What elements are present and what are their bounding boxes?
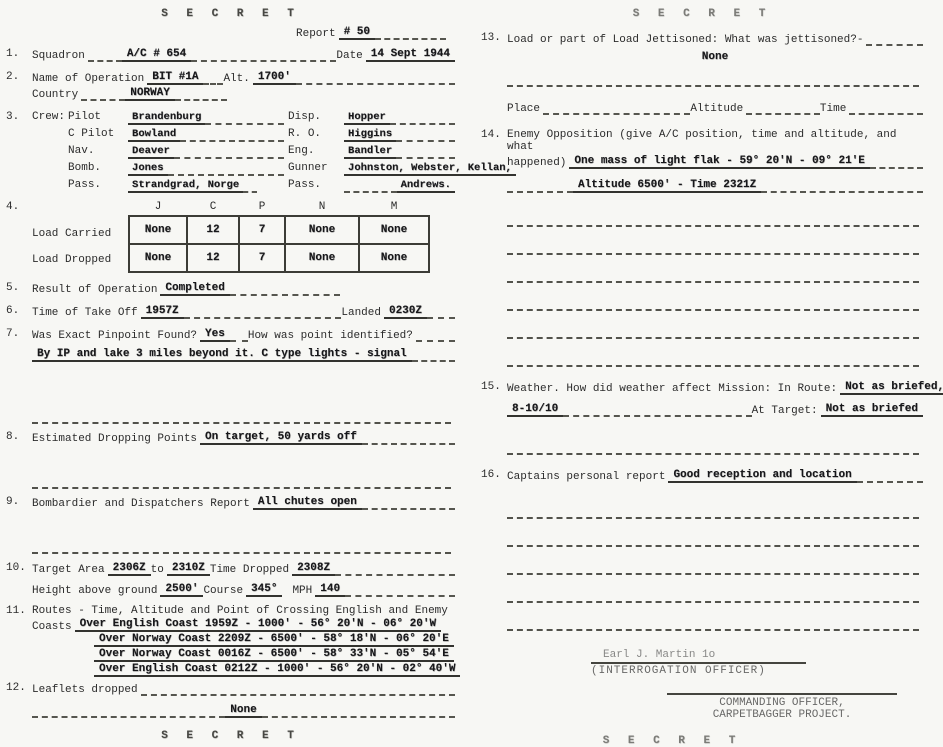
- crew-name-cell: Jones: [128, 162, 284, 176]
- item-13-jettisoned: 13. Load or part of Load Jettisoned: Wha…: [481, 32, 923, 115]
- course-value: 345°: [246, 583, 282, 597]
- crew-name-cell: Deaver: [128, 145, 284, 159]
- blank-fill: [180, 128, 284, 142]
- signature-line: [591, 662, 806, 664]
- item-number: 13.: [481, 32, 507, 44]
- blank-line: [507, 65, 919, 87]
- blank-line: [507, 553, 919, 575]
- load-cell: None: [129, 244, 187, 272]
- country-value: NORWAY: [125, 87, 175, 101]
- crew-label: Crew:: [32, 111, 68, 123]
- load-dropped-row: None 12 7 None None: [129, 244, 429, 272]
- crew-role: Pass.: [68, 179, 124, 193]
- blank-fill: [335, 562, 455, 576]
- item-number: 8.: [6, 431, 32, 443]
- blank-line: [507, 205, 919, 227]
- weather-enroute-value: Not as briefed,: [840, 381, 943, 395]
- blank-fill: [230, 282, 340, 296]
- load-cell: None: [285, 244, 359, 272]
- landed-label: Landed: [341, 307, 384, 319]
- height-label: Height above ground: [32, 585, 160, 597]
- crew-name: Hopper: [344, 111, 390, 125]
- blank-line: [507, 497, 919, 519]
- interrogation-officer-signature: Earl J. Martin 1o (INTERROGATION OFFICER…: [591, 649, 806, 677]
- blank-fill: [203, 71, 223, 85]
- item-number: 12.: [6, 682, 32, 694]
- place-label: Place: [507, 103, 543, 115]
- blank-line: [32, 402, 451, 424]
- landed-value: 0230Z: [384, 305, 427, 319]
- captains-report-value: Good reception and location: [668, 469, 856, 483]
- target-area-from: 2306Z: [108, 562, 151, 576]
- route-entry: Over Norway Coast 2209Z - 6500' - 58° 18…: [94, 633, 454, 647]
- blank-fill: [243, 179, 257, 193]
- operation-label: Name of Operation: [32, 73, 147, 85]
- crew-name: Deaver: [128, 145, 174, 159]
- classification-bottom-right: S E C R E T: [481, 735, 863, 747]
- item-9-bombardier-report: 9. Bombardier and Dispatchers Report All…: [6, 496, 455, 510]
- altitude-label: Altitude: [690, 103, 746, 115]
- blank-fill: [396, 145, 455, 159]
- crew-role: C Pilot: [68, 128, 124, 142]
- item-12-leaflets: 12. Leaflets dropped: [6, 682, 455, 696]
- load-cell: None: [285, 216, 359, 244]
- signature-line: [667, 693, 897, 695]
- item-number: 3.: [6, 111, 32, 123]
- route-entry: Over Norway Coast 0016Z - 6500' - 58° 33…: [94, 648, 454, 662]
- pinpoint-question: Was Exact Pinpoint Found?: [32, 330, 200, 342]
- crew-name: Higgins: [344, 128, 396, 142]
- aircraft-number-value: A/C # 654: [122, 48, 191, 62]
- at-target-label: At Target:: [752, 405, 821, 417]
- target-area-label: Target Area: [32, 564, 108, 576]
- route-entry: Over English Coast 1959Z - 1000' - 56° 2…: [75, 618, 441, 632]
- load-carried-label: Load Carried: [32, 221, 128, 247]
- blank-fill: [141, 682, 455, 696]
- load-cell: 12: [187, 244, 239, 272]
- blank-fill: [412, 348, 455, 362]
- load-cell: 7: [239, 216, 285, 244]
- blank-fill: [345, 583, 455, 597]
- load-col-header: P: [239, 201, 285, 216]
- item-16-captains-report: 16. Captains personal report Good recept…: [481, 469, 923, 631]
- date-label: Date: [336, 50, 365, 62]
- blank-fill: [168, 162, 284, 176]
- blank-line: [507, 433, 919, 455]
- leaflets-value: None: [225, 704, 261, 718]
- crew-name-cell: Bowland: [128, 128, 284, 142]
- load-cell: 12: [187, 216, 239, 244]
- captains-report-label: Captains personal report: [507, 471, 668, 483]
- commanding-officer-title-line2: CARPETBAGGER PROJECT.: [667, 709, 897, 721]
- item-number: 7.: [6, 328, 32, 340]
- blank-fill: [870, 155, 923, 169]
- blank-fill: [296, 71, 455, 85]
- item-15-weather: 15. Weather. How did weather affect Miss…: [481, 381, 923, 455]
- dropping-points-label: Estimated Dropping Points: [32, 433, 200, 445]
- item-number: 5.: [6, 282, 32, 294]
- load-col-header: N: [285, 201, 359, 216]
- crew-name-cell: Strandgrad, Norge: [128, 179, 284, 193]
- item-8-dropping-points: 8. Estimated Dropping Points On target, …: [6, 431, 455, 445]
- item-6-takeoff: 6. Time of Take Off 1957Z Landed 0230Z: [6, 305, 455, 319]
- blank-fill: [262, 704, 455, 718]
- crew-name: Bandler: [344, 145, 396, 159]
- time-dropped-label: Time Dropped: [210, 564, 292, 576]
- blank-fill: [191, 48, 336, 62]
- mission-report-page-2: S E C R E T 13. Load or part of Load Jet…: [471, 0, 943, 720]
- item-14-enemy-opposition: 14. Enemy Opposition (give A/C position,…: [481, 129, 923, 367]
- mission-report-page-1: S E C R E T Report # 50 1. Squadron A/C …: [0, 0, 471, 720]
- item-number: 14.: [481, 129, 507, 141]
- load-row-labels: Load Carried Load Dropped: [32, 201, 128, 273]
- blank-fill: [174, 145, 284, 159]
- blank-fill: [390, 111, 455, 125]
- bombardier-report-label: Bombardier and Dispatchers Report: [32, 498, 253, 510]
- blank-fill: [344, 179, 397, 193]
- item-5-result: 5. Result of Operation Completed: [6, 282, 455, 296]
- commanding-officer-title-line1: COMMANDING OFFICER,: [667, 697, 897, 709]
- coasts-label: Coasts: [32, 621, 75, 633]
- altitude-value: 1700': [253, 71, 296, 85]
- load-dropped-label: Load Dropped: [32, 247, 128, 273]
- crew-name: Jones: [128, 162, 168, 176]
- item-2-operation: 2. Name of Operation BIT #1A Alt. 1700' …: [6, 71, 455, 101]
- crew-role: Eng.: [288, 145, 340, 159]
- blank-fill: [416, 328, 455, 342]
- course-label: Course: [203, 585, 246, 597]
- blank-fill: [563, 403, 751, 417]
- result-label: Result of Operation: [32, 284, 160, 296]
- height-value: 2500': [160, 583, 203, 597]
- classification-top-left: S E C R E T: [6, 8, 455, 20]
- interrogation-officer-name: Earl J. Martin 1o: [591, 649, 806, 661]
- identified-answer: By IP and lake 3 miles beyond it. C type…: [32, 348, 412, 362]
- bombardier-report-value: All chutes open: [253, 496, 362, 510]
- blank-fill: [396, 128, 455, 142]
- load-carried-row: None 12 7 None None: [129, 216, 429, 244]
- item-4-load: 4. Load Carried Load Dropped J C P N M: [6, 201, 455, 273]
- mph-label: MPH: [292, 585, 315, 597]
- load-col-header: J: [129, 201, 187, 216]
- blank-line: [507, 233, 919, 255]
- blank-fill: [175, 87, 227, 101]
- weather-target-value: Not as briefed: [821, 403, 923, 417]
- load-table: J C P N M None 12 7 None None: [128, 201, 430, 273]
- blank-line: [32, 532, 451, 554]
- load-cell: None: [129, 216, 187, 244]
- blank-line: [32, 467, 451, 489]
- blank-fill: [362, 496, 455, 510]
- blank-fill: [543, 101, 690, 115]
- result-value: Completed: [160, 282, 229, 296]
- blank-fill: [32, 704, 225, 718]
- mph-value: 140: [315, 583, 345, 597]
- item-number: 16.: [481, 469, 507, 481]
- interrogation-officer-title: (INTERROGATION OFFICER): [591, 665, 806, 677]
- crew-name: Bowland: [128, 128, 180, 142]
- blank-fill: [88, 48, 122, 62]
- crew-name-cell: Brandenburg: [128, 111, 284, 125]
- load-col-header: M: [359, 201, 429, 216]
- item-number: 2.: [6, 71, 32, 83]
- blank-line: [507, 261, 919, 283]
- altitude-label: Alt.: [223, 73, 252, 85]
- crew-role: Disp.: [288, 111, 340, 125]
- blank-line: [507, 609, 919, 631]
- blank-line: [507, 289, 919, 311]
- classification-bottom-left: S E C R E T: [6, 730, 455, 742]
- blank-fill: [866, 32, 923, 46]
- jettisoned-question: Load or part of Load Jettisoned: What wa…: [507, 34, 866, 46]
- opposition-label-line1: Enemy Opposition (give A/C position, tim…: [507, 129, 923, 153]
- blank-fill: [507, 179, 573, 193]
- routes-label-line1: Routes - Time, Altitude and Point of Cro…: [32, 605, 455, 617]
- blank-fill: [849, 101, 923, 115]
- crew-name-cell: Johnston, Webster, Kellan,: [344, 162, 455, 176]
- crew-name: Andrews.: [397, 179, 455, 193]
- crew-name-cell: Andrews.: [344, 179, 455, 193]
- load-col-header: C: [187, 201, 239, 216]
- takeoff-value: 1957Z: [141, 305, 184, 319]
- to-label: to: [151, 564, 167, 576]
- item-3-crew: 3. Crew: Pilot Brandenburg Disp. Hopper …: [6, 111, 455, 193]
- report-label: Report: [296, 28, 339, 40]
- blank-fill: [184, 305, 342, 319]
- blank-fill: [375, 26, 446, 40]
- classification-top-right: S E C R E T: [481, 8, 923, 20]
- blank-fill: [746, 101, 820, 115]
- dropping-points-value: On target, 50 yards off: [200, 431, 362, 445]
- squadron-label: Squadron: [32, 50, 88, 62]
- crew-role: Bomb.: [68, 162, 124, 176]
- crew-name: Strandgrad, Norge: [128, 179, 243, 193]
- item-7-pinpoint: 7. Was Exact Pinpoint Found? Yes How was…: [6, 328, 455, 362]
- blank-fill: [761, 179, 923, 193]
- blank-fill: [81, 87, 125, 101]
- report-number-row: Report # 50: [296, 26, 446, 40]
- load-table-header-row: J C P N M: [129, 201, 429, 216]
- pinpoint-answer: Yes: [200, 328, 230, 342]
- crew-name: Brandenburg: [128, 111, 205, 125]
- item-number: 4.: [6, 201, 32, 213]
- crew-name-cell: Higgins: [344, 128, 455, 142]
- route-entry: Over English Coast 0212Z - 1000' - 56° 2…: [94, 663, 460, 677]
- identified-question: How was point identified?: [248, 330, 416, 342]
- crew-role: Pass.: [288, 179, 340, 193]
- load-cell: None: [359, 216, 429, 244]
- jettisoned-value: None: [697, 51, 733, 63]
- blank-line: [507, 525, 919, 547]
- crew-role: R. O.: [288, 128, 340, 142]
- country-label: Country: [32, 89, 81, 101]
- blank-line: [507, 581, 919, 603]
- report-number-value: # 50: [339, 26, 375, 40]
- item-number: 10.: [6, 562, 32, 574]
- item-number: 1.: [6, 48, 32, 60]
- target-area-to: 2310Z: [167, 562, 210, 576]
- date-value: 14 Sept 1944: [366, 48, 455, 62]
- opposition-value2: Altitude 6500' - Time 2321Z: [573, 179, 761, 193]
- blank-line: [507, 345, 919, 367]
- opposition-label-line2: happened): [507, 157, 569, 169]
- blank-fill: [427, 305, 455, 319]
- crew-role: Nav.: [68, 145, 124, 159]
- crew-name-cell: Hopper: [344, 111, 455, 125]
- item-11-routes: 11. Routes - Time, Altitude and Point of…: [6, 605, 455, 678]
- item-10-target-area: 10. Target Area 2306Z to 2310Z Time Drop…: [6, 562, 455, 597]
- load-cell: None: [359, 244, 429, 272]
- blank-fill: [362, 431, 455, 445]
- item-number: 9.: [6, 496, 32, 508]
- time-label: Time: [820, 103, 849, 115]
- blank-fill: [857, 469, 923, 483]
- operation-value: BIT #1A: [147, 71, 203, 85]
- leaflets-label: Leaflets dropped: [32, 684, 141, 696]
- blank-fill: [205, 111, 284, 125]
- item-number: 15.: [481, 381, 507, 393]
- time-dropped-value: 2308Z: [292, 562, 335, 576]
- item-number: 11.: [6, 605, 32, 617]
- load-cell: 7: [239, 244, 285, 272]
- weather-question: Weather. How did weather affect Mission:…: [507, 383, 840, 395]
- commanding-officer-signature: COMMANDING OFFICER, CARPETBAGGER PROJECT…: [667, 693, 897, 721]
- takeoff-label: Time of Take Off: [32, 307, 141, 319]
- crew-name-cell: Bandler: [344, 145, 455, 159]
- item-number: 6.: [6, 305, 32, 317]
- weather-cloud-value: 8-10/10: [507, 403, 563, 417]
- blank-fill: [230, 328, 248, 342]
- opposition-value1: One mass of light flak - 59° 20'N - 09° …: [569, 155, 869, 169]
- crew-role: Pilot: [68, 111, 124, 125]
- item-1-squadron: 1. Squadron A/C # 654 Date 14 Sept 1944: [6, 48, 455, 62]
- blank-line: [507, 317, 919, 339]
- crew-role: Gunner: [288, 162, 340, 176]
